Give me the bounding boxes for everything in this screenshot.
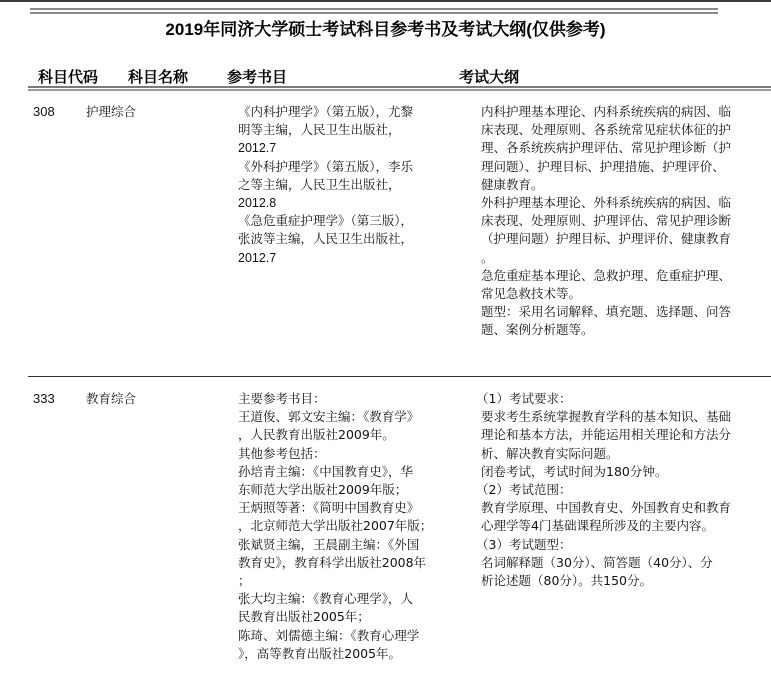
- outline-line: 理、各系统疾病护理评估、常见护理诊断（护: [481, 139, 731, 157]
- column-header-subject-name: 科目名称: [128, 66, 188, 87]
- outline-line: 急危重症基本理论、急救护理、危重症护理、: [481, 267, 731, 285]
- reference-line: 2012.7: [238, 249, 413, 267]
- outline-line: 题型：采用名词解释、填充题、选择题、问答: [481, 303, 731, 321]
- reference-line: 之等主编，人民卫生出版社，: [238, 176, 413, 194]
- column-header-exam-outline: 考试大纲: [459, 66, 519, 87]
- row-separator: [28, 376, 771, 377]
- row-308-name: 护理综合: [86, 103, 136, 121]
- reference-line: 明等主编，人民卫生出版社，: [238, 121, 413, 139]
- outline-line: 理论和基本方法，并能运用相关理论和方法分: [476, 426, 731, 444]
- header-double-rule-bottom: [28, 89, 771, 91]
- title-double-rule-top: [30, 8, 718, 10]
- outline-line: 要求考生系统掌握教育学科的基本知识、基础: [476, 408, 731, 426]
- reference-line: ，人民教育出版社2009年。: [238, 426, 432, 444]
- title-double-rule-bottom: [30, 12, 718, 14]
- row-333-name: 教育综合: [86, 390, 136, 408]
- column-header-references: 参考书目: [227, 66, 287, 87]
- outline-line: （护理问题）护理目标、护理评价、健康教育: [481, 230, 731, 248]
- outline-line: 。: [481, 249, 731, 267]
- reference-line: 2012.7: [238, 139, 413, 157]
- reference-line: 民教育出版社2005年；: [238, 608, 432, 626]
- outline-line: （1）考试要求：: [476, 390, 731, 408]
- reference-line: 张大均主编：《教育心理学》，人: [238, 590, 432, 608]
- row-308-code: 308: [33, 103, 55, 121]
- top-border-rule: [0, 0, 771, 2]
- outline-line: 外科护理基本理论、外科系统疾病的病因、临: [481, 194, 731, 212]
- column-header-subject-code: 科目代码: [38, 66, 98, 87]
- outline-line: 健康教育。: [481, 176, 731, 194]
- outline-line: 析论述题（80分）。共150分。: [476, 572, 731, 590]
- outline-line: 名词解释题（30分）、简答题（40分）、分: [476, 554, 731, 572]
- row-333-code: 333: [33, 390, 55, 408]
- outline-line: 闭卷考试，考试时间为180分钟。: [476, 463, 731, 481]
- reference-line: ，北京师范大学出版社2007年版；: [238, 517, 432, 535]
- reference-line: 孙培青主编：《中国教育史》，华: [238, 463, 432, 481]
- outline-line: 析、解决教育实际问题。: [476, 445, 731, 463]
- reference-line: 张斌贤主编，王晨副主编：《外国: [238, 536, 432, 554]
- reference-line: 王炳照等著：《简明中国教育史》: [238, 499, 432, 517]
- reference-line: 主要参考书目：: [238, 390, 432, 408]
- row-333-outline: （1）考试要求： 要求考生系统掌握教育学科的基本知识、基础 理论和基本方法，并能…: [476, 390, 731, 590]
- reference-line: 张波等主编，人民卫生出版社，: [238, 230, 413, 248]
- row-308-references: 《内科护理学》（第五版），尤黎 明等主编，人民卫生出版社， 2012.7 《外科…: [238, 103, 413, 267]
- outline-line: 内科护理基本理论、内科系统疾病的病因、临: [481, 103, 731, 121]
- reference-line: 教育史》，教育科学出版社2008年: [238, 554, 432, 572]
- row-333-references: 主要参考书目： 王道俊、郭文安主编：《教育学》 ，人民教育出版社2009年。 其…: [238, 390, 432, 663]
- outline-line: 教育学原理、中国教育史、外国教育史和教育: [476, 499, 731, 517]
- reference-line: ；: [238, 572, 432, 590]
- outline-line: 床表现、处理原则、各系统常见症状体征的护: [481, 121, 731, 139]
- reference-line: 《急危重症护理学》（第三版），: [238, 212, 413, 230]
- reference-line: 王道俊、郭文安主编：《教育学》: [238, 408, 432, 426]
- reference-line: 》，高等教育出版社2005年。: [238, 645, 432, 663]
- reference-line: 2012.8: [238, 194, 413, 212]
- outline-line: 常见急救技术等。: [481, 285, 731, 303]
- outline-line: 题、案例分析题等。: [481, 321, 731, 339]
- outline-line: 心理学等4门基础课程所涉及的主要内容。: [476, 517, 731, 535]
- reference-line: 《内科护理学》（第五版），尤黎: [238, 103, 413, 121]
- header-double-rule-top: [28, 86, 771, 88]
- page-title: 2019年同济大学硕士考试科目参考书及考试大纲(仅供参考): [0, 15, 771, 40]
- reference-line: 《外科护理学》（第五版），李乐: [238, 158, 413, 176]
- reference-line: 其他参考包括：: [238, 445, 432, 463]
- row-308-outline: 内科护理基本理论、内科系统疾病的病因、临 床表现、处理原则、各系统常见症状体征的…: [481, 103, 731, 340]
- reference-line: 陈琦、刘儒德主编：《教育心理学: [238, 627, 432, 645]
- outline-line: 床表现、处理原则、护理评估、常见护理诊断: [481, 212, 731, 230]
- outline-line: （3）考试题型：: [476, 536, 731, 554]
- outline-line: （2）考试范围：: [476, 481, 731, 499]
- reference-line: 东师范大学出版社2009年版；: [238, 481, 432, 499]
- outline-line: 理问题）、护理目标、护理措施、护理评价、: [481, 158, 731, 176]
